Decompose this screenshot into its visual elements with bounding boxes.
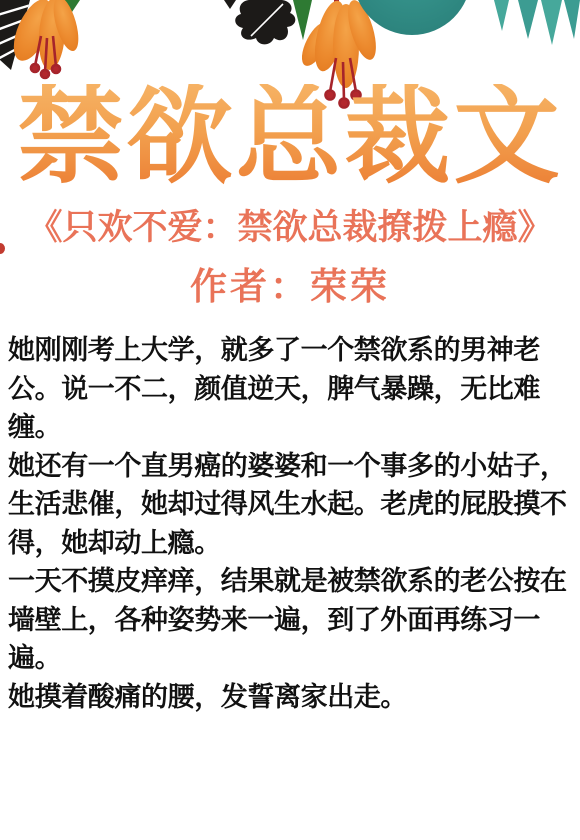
synopsis-line: 得，她却动上瘾。 <box>8 524 574 563</box>
synopsis-line: 生活悲催，她却过得风生水起。老虎的屁股摸不 <box>8 485 574 524</box>
teal-circle-icon <box>353 0 471 35</box>
page-title: 禁欲总裁文 <box>0 84 580 190</box>
promo-card: 禁欲总裁文 《只欢不爱：禁欲总裁撩拨上瘾》 作者：荣荣 她刚刚考上大学，就多了一… <box>0 0 580 840</box>
synopsis: 她刚刚考上大学，就多了一个禁欲系的男神老 公。说一不二，颜值逆天，脾气暴躁，无比… <box>8 331 574 716</box>
striped-black-leaf-icon <box>0 0 34 70</box>
synopsis-line: 遍。 <box>8 639 574 678</box>
author-line: 作者：荣荣 <box>0 256 580 310</box>
teal-palm-spikes-icon <box>494 0 580 45</box>
synopsis-line: 公。说一不二，颜值逆天，脾气暴躁，无比难 <box>8 370 574 409</box>
orange-flower-left-icon <box>6 0 83 78</box>
synopsis-line: 她还有一个直男癌的婆婆和一个事多的小姑子， <box>8 447 574 486</box>
synopsis-line: 她刚刚考上大学，就多了一个禁欲系的男神老 <box>8 331 574 370</box>
black-lobed-leaf-icon <box>224 0 295 44</box>
synopsis-line: 她摸着酸痛的腰，发誓离家出走。 <box>8 678 574 717</box>
synopsis-line: 一天不摸皮痒痒，结果就是被禁欲系的老公按在 <box>8 562 574 601</box>
synopsis-line: 墙壁上，各种姿势来一遍，到了外面再练习一 <box>8 601 574 640</box>
green-leaf-icon <box>293 0 312 40</box>
book-title: 《只欢不爱：禁欲总裁撩拨上瘾》 <box>0 200 580 250</box>
synopsis-line: 缠。 <box>8 408 574 447</box>
